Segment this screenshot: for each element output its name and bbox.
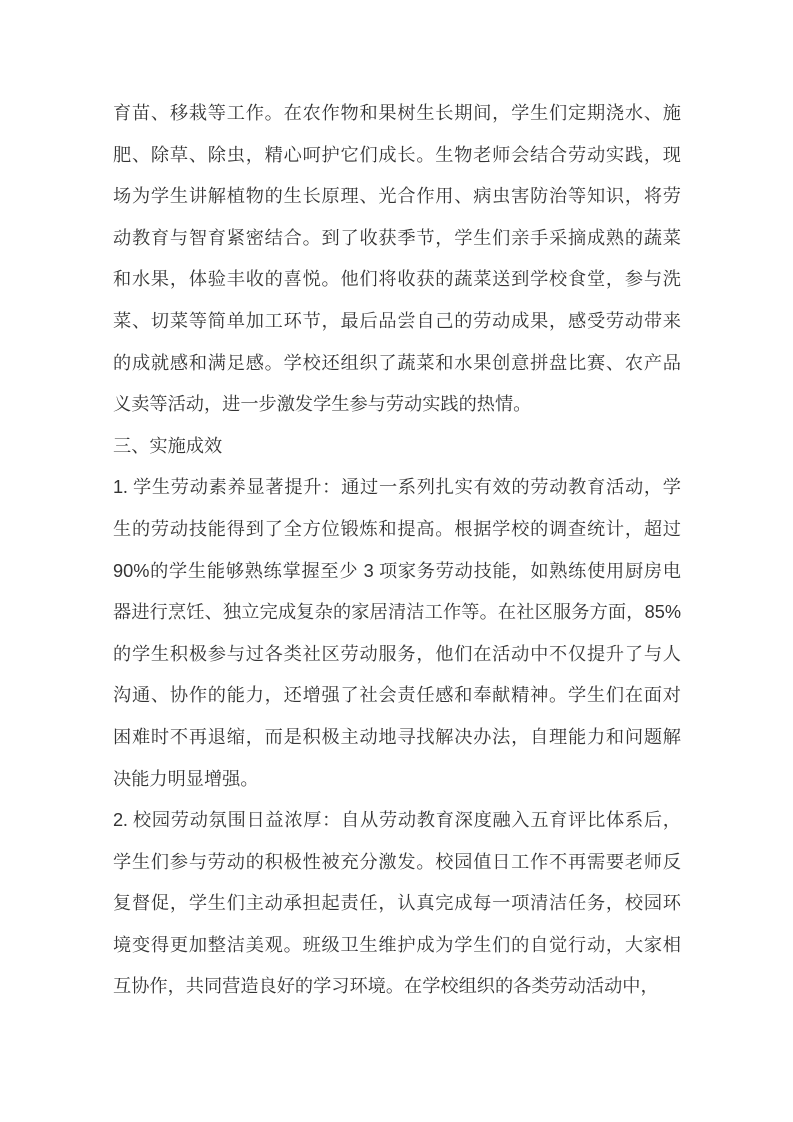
text-line: 复督促，学生们主动承担起责任，认真完成每一项清洁任务，校园环 (113, 883, 681, 925)
text-line: 境变得更加整洁美观。班级卫生维护成为学生们的自觉行动，大家相 (113, 925, 681, 967)
paragraph-continuation: 育苗、移栽等工作。在农作物和果树生长期间，学生们定期浇水、施肥、除草、除虫，精心… (113, 93, 681, 426)
text-line: 和水果，体验丰收的喜悦。他们将收获的蔬菜送到学校食堂，参与洗 (113, 259, 681, 301)
text-line: 互协作，共同营造良好的学习环境。在学校组织的各类劳动活动中， (113, 966, 681, 1008)
text-line: 动教育与智育紧密结合。到了收获季节，学生们亲手采摘成熟的蔬菜 (113, 218, 681, 260)
text-line: 的学生积极参与过各类社区劳动服务，他们在活动中不仅提升了与人 (113, 634, 681, 676)
text-line: 义卖等活动，进一步激发学生参与劳动实践的热情。 (113, 384, 681, 426)
text-line: 2. 校园劳动氛围日益浓厚：自从劳动教育深度融入五育评比体系后， (113, 800, 681, 842)
text-line: 育苗、移栽等工作。在农作物和果树生长期间，学生们定期浇水、施 (113, 93, 681, 135)
document-body: 育苗、移栽等工作。在农作物和果树生长期间，学生们定期浇水、施肥、除草、除虫，精心… (113, 93, 681, 1008)
heading-line: 三、实施成效 (113, 426, 681, 468)
paragraph-numbered-1: 1. 学生劳动素养显著提升：通过一系列扎实有效的劳动教育活动，学生的劳动技能得到… (113, 467, 681, 800)
text-line: 困难时不再退缩，而是积极主动地寻找解决办法，自理能力和问题解 (113, 717, 681, 759)
text-line: 90%的学生能够熟练掌握至少 3 项家务劳动技能，如熟练使用厨房电 (113, 551, 681, 593)
text-line: 决能力明显增强。 (113, 759, 681, 801)
text-line: 肥、除草、除虫，精心呵护它们成长。生物老师会结合劳动实践，现 (113, 135, 681, 177)
text-line: 沟通、协作的能力，还增强了社会责任感和奉献精神。学生们在面对 (113, 675, 681, 717)
paragraph-numbered-2: 2. 校园劳动氛围日益浓厚：自从劳动教育深度融入五育评比体系后，学生们参与劳动的… (113, 800, 681, 1008)
latin-text: 1 (113, 477, 123, 497)
text-line: 生的劳动技能得到了全方位锻炼和提高。根据学校的调查统计，超过 (113, 509, 681, 551)
page: { "page": { "width": 793, "height": 1122… (0, 0, 793, 1122)
latin-text: 85% (645, 602, 681, 622)
text-line: 菜、切菜等简单加工环节，最后品尝自己的劳动成果，感受劳动带来 (113, 301, 681, 343)
latin-text: 2 (113, 810, 123, 830)
text-line: 1. 学生劳动素养显著提升：通过一系列扎实有效的劳动教育活动，学 (113, 467, 681, 509)
text-line: 学生们参与劳动的积极性被充分激发。校园值日工作不再需要老师反 (113, 842, 681, 884)
text-line: 场为学生讲解植物的生长原理、光合作用、病虫害防治等知识，将劳 (113, 176, 681, 218)
section-heading-3: 三、实施成效 (113, 426, 681, 468)
document-page: 育苗、移栽等工作。在农作物和果树生长期间，学生们定期浇水、施肥、除草、除虫，精心… (113, 93, 681, 1008)
latin-text: 3 (364, 561, 374, 581)
text-line: 的成就感和满足感。学校还组织了蔬菜和水果创意拼盘比赛、农产品 (113, 343, 681, 385)
latin-text: 90% (113, 561, 149, 581)
text-line: 器进行烹饪、独立完成复杂的家居清洁工作等。在社区服务方面，85% (113, 592, 681, 634)
